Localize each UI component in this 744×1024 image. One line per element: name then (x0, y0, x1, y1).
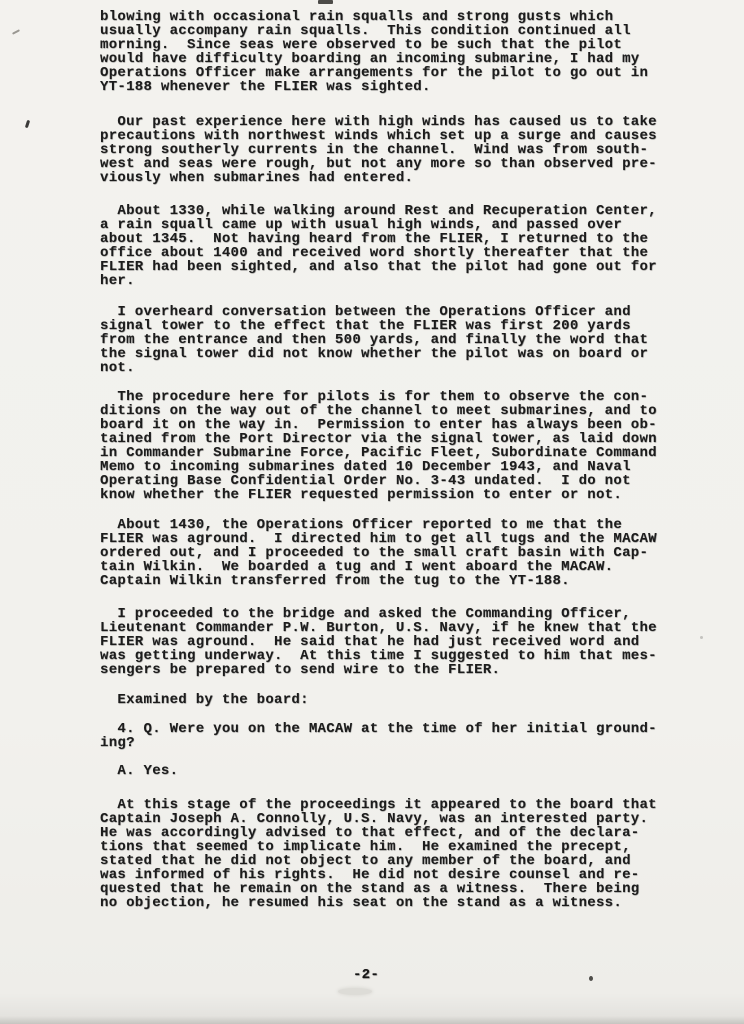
answer-4: A. Yes. (100, 764, 680, 778)
scan-artifact-margin-mark (25, 120, 30, 129)
scanned-document-page: blowing with occasional rain squalls and… (0, 0, 744, 1024)
scan-artifact-speck-right (700, 636, 703, 639)
paragraph-pilot-procedure: The procedure here for pilots is for the… (100, 390, 680, 502)
paragraph-interested-party: At this stage of the proceedings it appe… (100, 798, 680, 910)
paragraph-flier-aground: About 1430, the Operations Officer repor… (100, 518, 680, 588)
scan-bottom-shadow (0, 1016, 744, 1024)
paragraph-overheard-conversation: I overheard conversation between the Ope… (100, 305, 680, 375)
scan-artifact-top-dash (318, 0, 333, 4)
question-4: 4. Q. Were you on the MACAW at the time … (100, 722, 680, 750)
scan-artifact-margin-tick (12, 29, 20, 35)
paragraph-past-experience: Our past experience here with high winds… (100, 115, 680, 185)
examined-by-board-line: Examined by the board: (100, 693, 680, 707)
scan-artifact-speck (589, 976, 593, 981)
paragraph-bridge-conversation: I proceeded to the bridge and asked the … (100, 607, 680, 677)
paragraph-rain-squall: About 1330, while walking around Rest an… (100, 204, 680, 288)
paragraph-continuation: blowing with occasional rain squalls and… (100, 10, 680, 94)
page-number: -2- (336, 968, 396, 982)
scan-artifact-footer-smudge (338, 988, 372, 995)
